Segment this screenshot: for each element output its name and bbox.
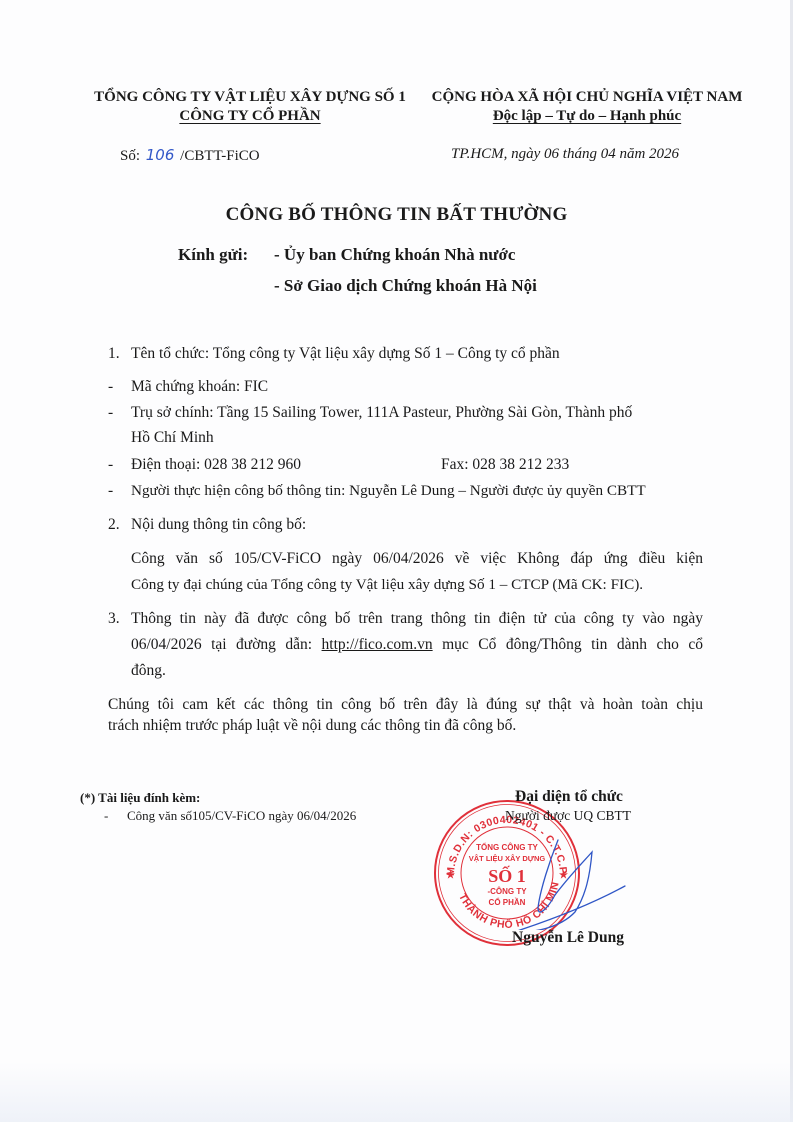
svg-text:★: ★ (446, 870, 455, 881)
bullet-dash: - (108, 377, 113, 397)
item-3-line1: Thông tin này đã được công bố trên trang… (131, 609, 703, 629)
fax: Fax: 028 38 212 233 (441, 455, 569, 475)
bullet-dash: - (108, 481, 113, 501)
stock-code: Mã chứng khoán: FIC (131, 377, 268, 397)
signatory-name: Nguyễn Lê Dung (512, 929, 624, 947)
bullet-dash: - (108, 403, 113, 423)
national-title: CỘNG HÒA XÃ HỘI CHỦ NGHĨA VIỆT NAM (412, 88, 762, 107)
commitment-line2: trách nhiệm trước pháp luật về nội dung … (108, 716, 516, 736)
item-2-number: 2. (108, 515, 120, 535)
ref-handwritten-number: 106 (144, 146, 177, 164)
disclosure-person: Người thực hiện công bố thông tin: Nguyễ… (131, 481, 646, 501)
item-3-date-text: 06/04/2026 tại đường dẫn: (131, 636, 322, 653)
attachments-heading: (*) Tài liệu đính kèm: (80, 790, 200, 806)
item-3-number: 3. (108, 609, 120, 629)
document-number: Số: 106 /CBTT-FiCO (120, 146, 260, 165)
recipient-item: - Ủy ban Chứng khoán Nhà nước (274, 245, 515, 265)
scan-shadow (0, 1062, 793, 1122)
bullet-dash: - (104, 808, 108, 824)
issuer-parent-name: TỔNG CÔNG TY VẬT LIỆU XÂY DỰNG SỐ 1 (80, 88, 420, 107)
signature-subtitle: Người được UQ CBTT (505, 808, 631, 824)
attachment-item: Công văn số105/CV-FiCO ngày 06/04/2026 (127, 808, 356, 824)
item-3-line2: 06/04/2026 tại đường dẫn: http://fico.co… (131, 635, 703, 655)
issuer-company-type: CÔNG TY CỔ PHẦN (179, 108, 320, 124)
signature-heading: Đại diện tổ chức (515, 788, 623, 806)
bullet-dash: - (108, 455, 113, 475)
website-link[interactable]: http://fico.com.vn (322, 636, 433, 653)
document-title: CÔNG BỐ THÔNG TIN BẤT THƯỜNG (0, 204, 793, 226)
item-2-content-line2: Công ty đại chúng của Tổng công ty Vật l… (131, 575, 643, 595)
commitment-line1: Chúng tôi cam kết các thông tin công bố … (108, 695, 703, 715)
ref-suffix: /CBTT-FiCO (180, 148, 259, 164)
recipient-item: - Sở Giao dịch Chứng khoán Hà Nội (274, 276, 537, 296)
ref-prefix: Số: (120, 148, 140, 164)
signature-scribble (500, 830, 630, 930)
national-motto: Độc lập – Tự do – Hạnh phúc (493, 108, 681, 124)
item-3-section-text: mục Cổ đông/Thông tin dành cho cổ (433, 636, 703, 653)
item-1-org-name: Tên tổ chức: Tổng công ty Vật liệu xây d… (131, 344, 560, 364)
issuer-header: TỔNG CÔNG TY VẬT LIỆU XÂY DỰNG SỐ 1 CÔNG… (80, 88, 420, 126)
head-office-line2: Hồ Chí Minh (131, 428, 214, 448)
head-office-line1: Trụ sở chính: Tầng 15 Sailing Tower, 111… (131, 403, 703, 423)
phone: Điện thoại: 028 38 212 960 (131, 455, 301, 475)
document-date: TP.HCM, ngày 06 tháng 04 năm 2026 (451, 146, 679, 163)
item-2-content-line1: Công văn số 105/CV-FiCO ngày 06/04/2026 … (131, 549, 703, 569)
item-2-heading: Nội dung thông tin công bố: (131, 515, 306, 535)
item-3-line3: đông. (131, 661, 166, 681)
item-1-number: 1. (108, 344, 120, 364)
national-header: CỘNG HÒA XÃ HỘI CHỦ NGHĨA VIỆT NAM Độc l… (412, 88, 762, 126)
recipients-label: Kính gửi: (178, 245, 248, 265)
